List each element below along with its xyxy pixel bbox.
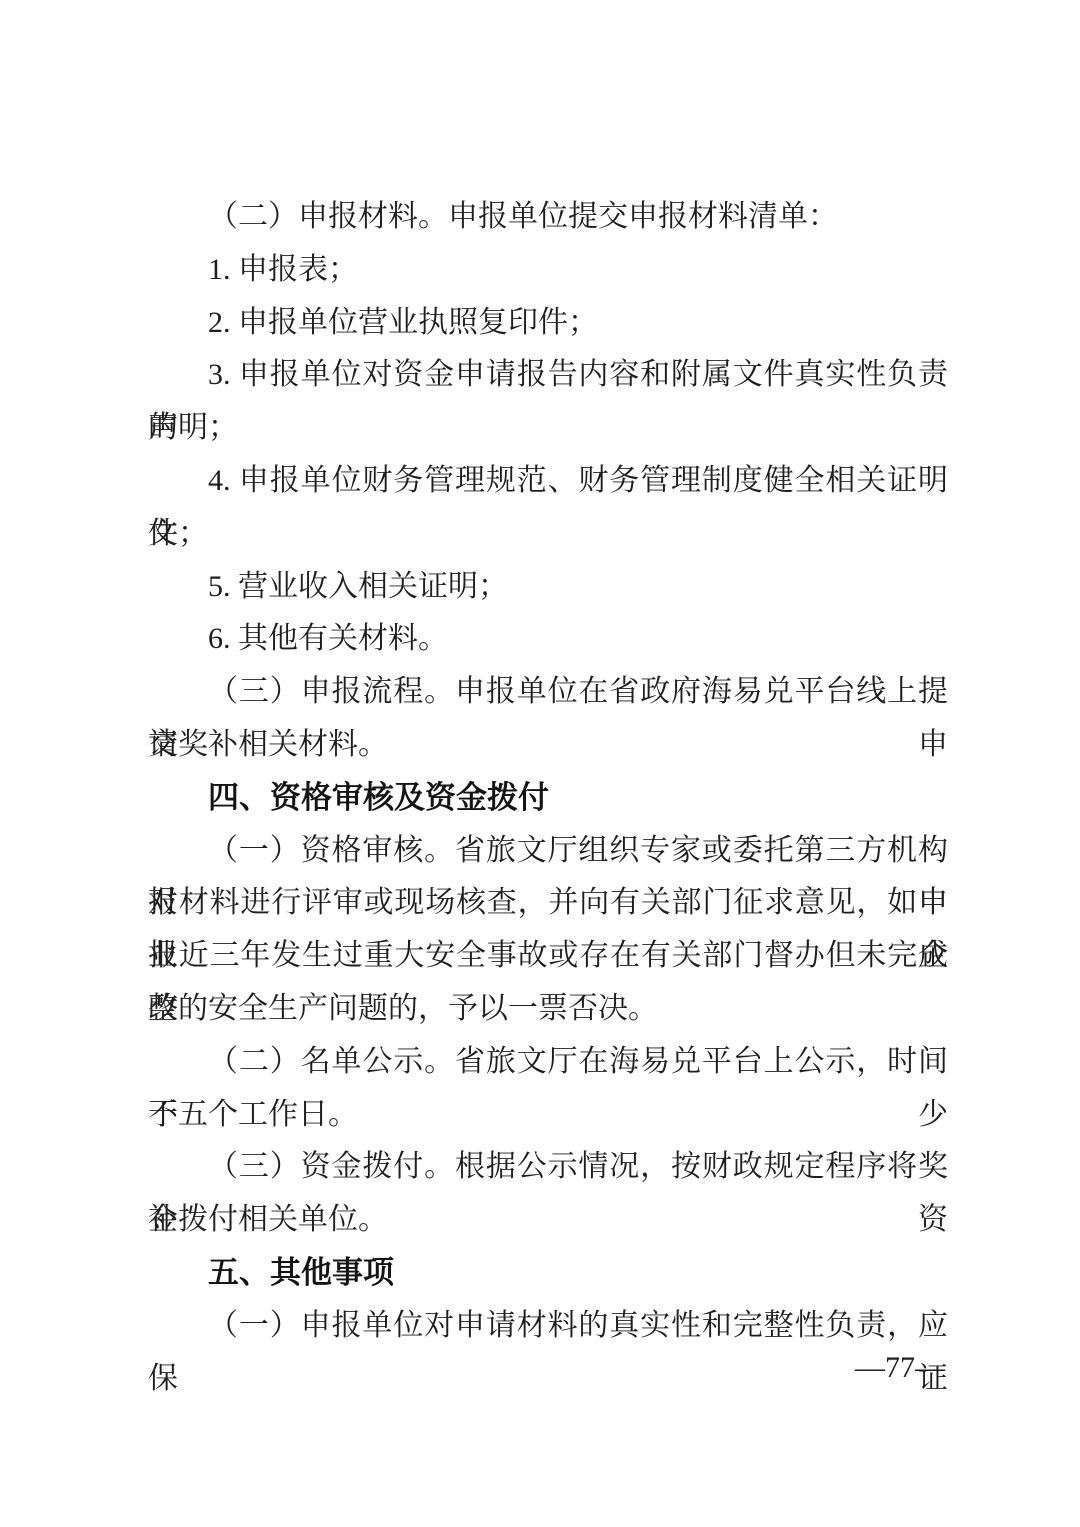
list-item: 4. 申报单位财务管理规范、财务管理制度健全相关证明文 (148, 455, 948, 508)
document-page: （二）申报材料。申报单位提交申报材料清单： 1. 申报表； 2. 申报单位营业执… (0, 0, 1080, 1527)
section-heading: 五、其他事项 (148, 1247, 948, 1300)
list-item: 1. 申报表； (148, 244, 948, 297)
paragraph-line: 报材料进行评审或现场核查，并向有关部门征求意见，如申报企 (148, 877, 948, 930)
paragraph-line: （二）申报材料。申报单位提交申报材料清单： (148, 191, 948, 244)
list-item: 5. 营业收入相关证明； (148, 561, 948, 614)
page-number: —77— (855, 1342, 945, 1394)
paragraph-line: （二）名单公示。省旅文厅在海易兑平台上公示，时间不少 (148, 1036, 948, 1089)
section-heading: 四、资格审核及资金拨付 (148, 772, 948, 825)
paragraph-line: （三）申报流程。申报单位在省政府海易兑平台线上提交申 (148, 666, 948, 719)
document-body: （二）申报材料。申报单位提交申报材料清单： 1. 申报表； 2. 申报单位营业执… (148, 191, 948, 1353)
list-item: 2. 申报单位营业执照复印件； (148, 297, 948, 350)
paragraph-line: （一）申报单位对申请材料的真实性和完整性负责，应保证 (148, 1300, 948, 1353)
list-item: 6. 其他有关材料。 (148, 613, 948, 666)
list-item: 3. 申报单位对资金申请报告内容和附属文件真实性负责的 (148, 349, 948, 402)
paragraph-line: 改的安全生产问题的，予以一票否决。 (148, 983, 948, 1036)
paragraph-line: （一）资格审核。省旅文厅组织专家或委托第三方机构对申 (148, 825, 948, 878)
paragraph-line: 声明； (148, 402, 948, 455)
paragraph-line: 业近三年发生过重大安全事故或存在有关部门督办但未完成整 (148, 930, 948, 983)
paragraph-line: （三）资金拨付。根据公示情况，按财政规定程序将奖补资 (148, 1141, 948, 1194)
paragraph-line: 件； (148, 508, 948, 561)
